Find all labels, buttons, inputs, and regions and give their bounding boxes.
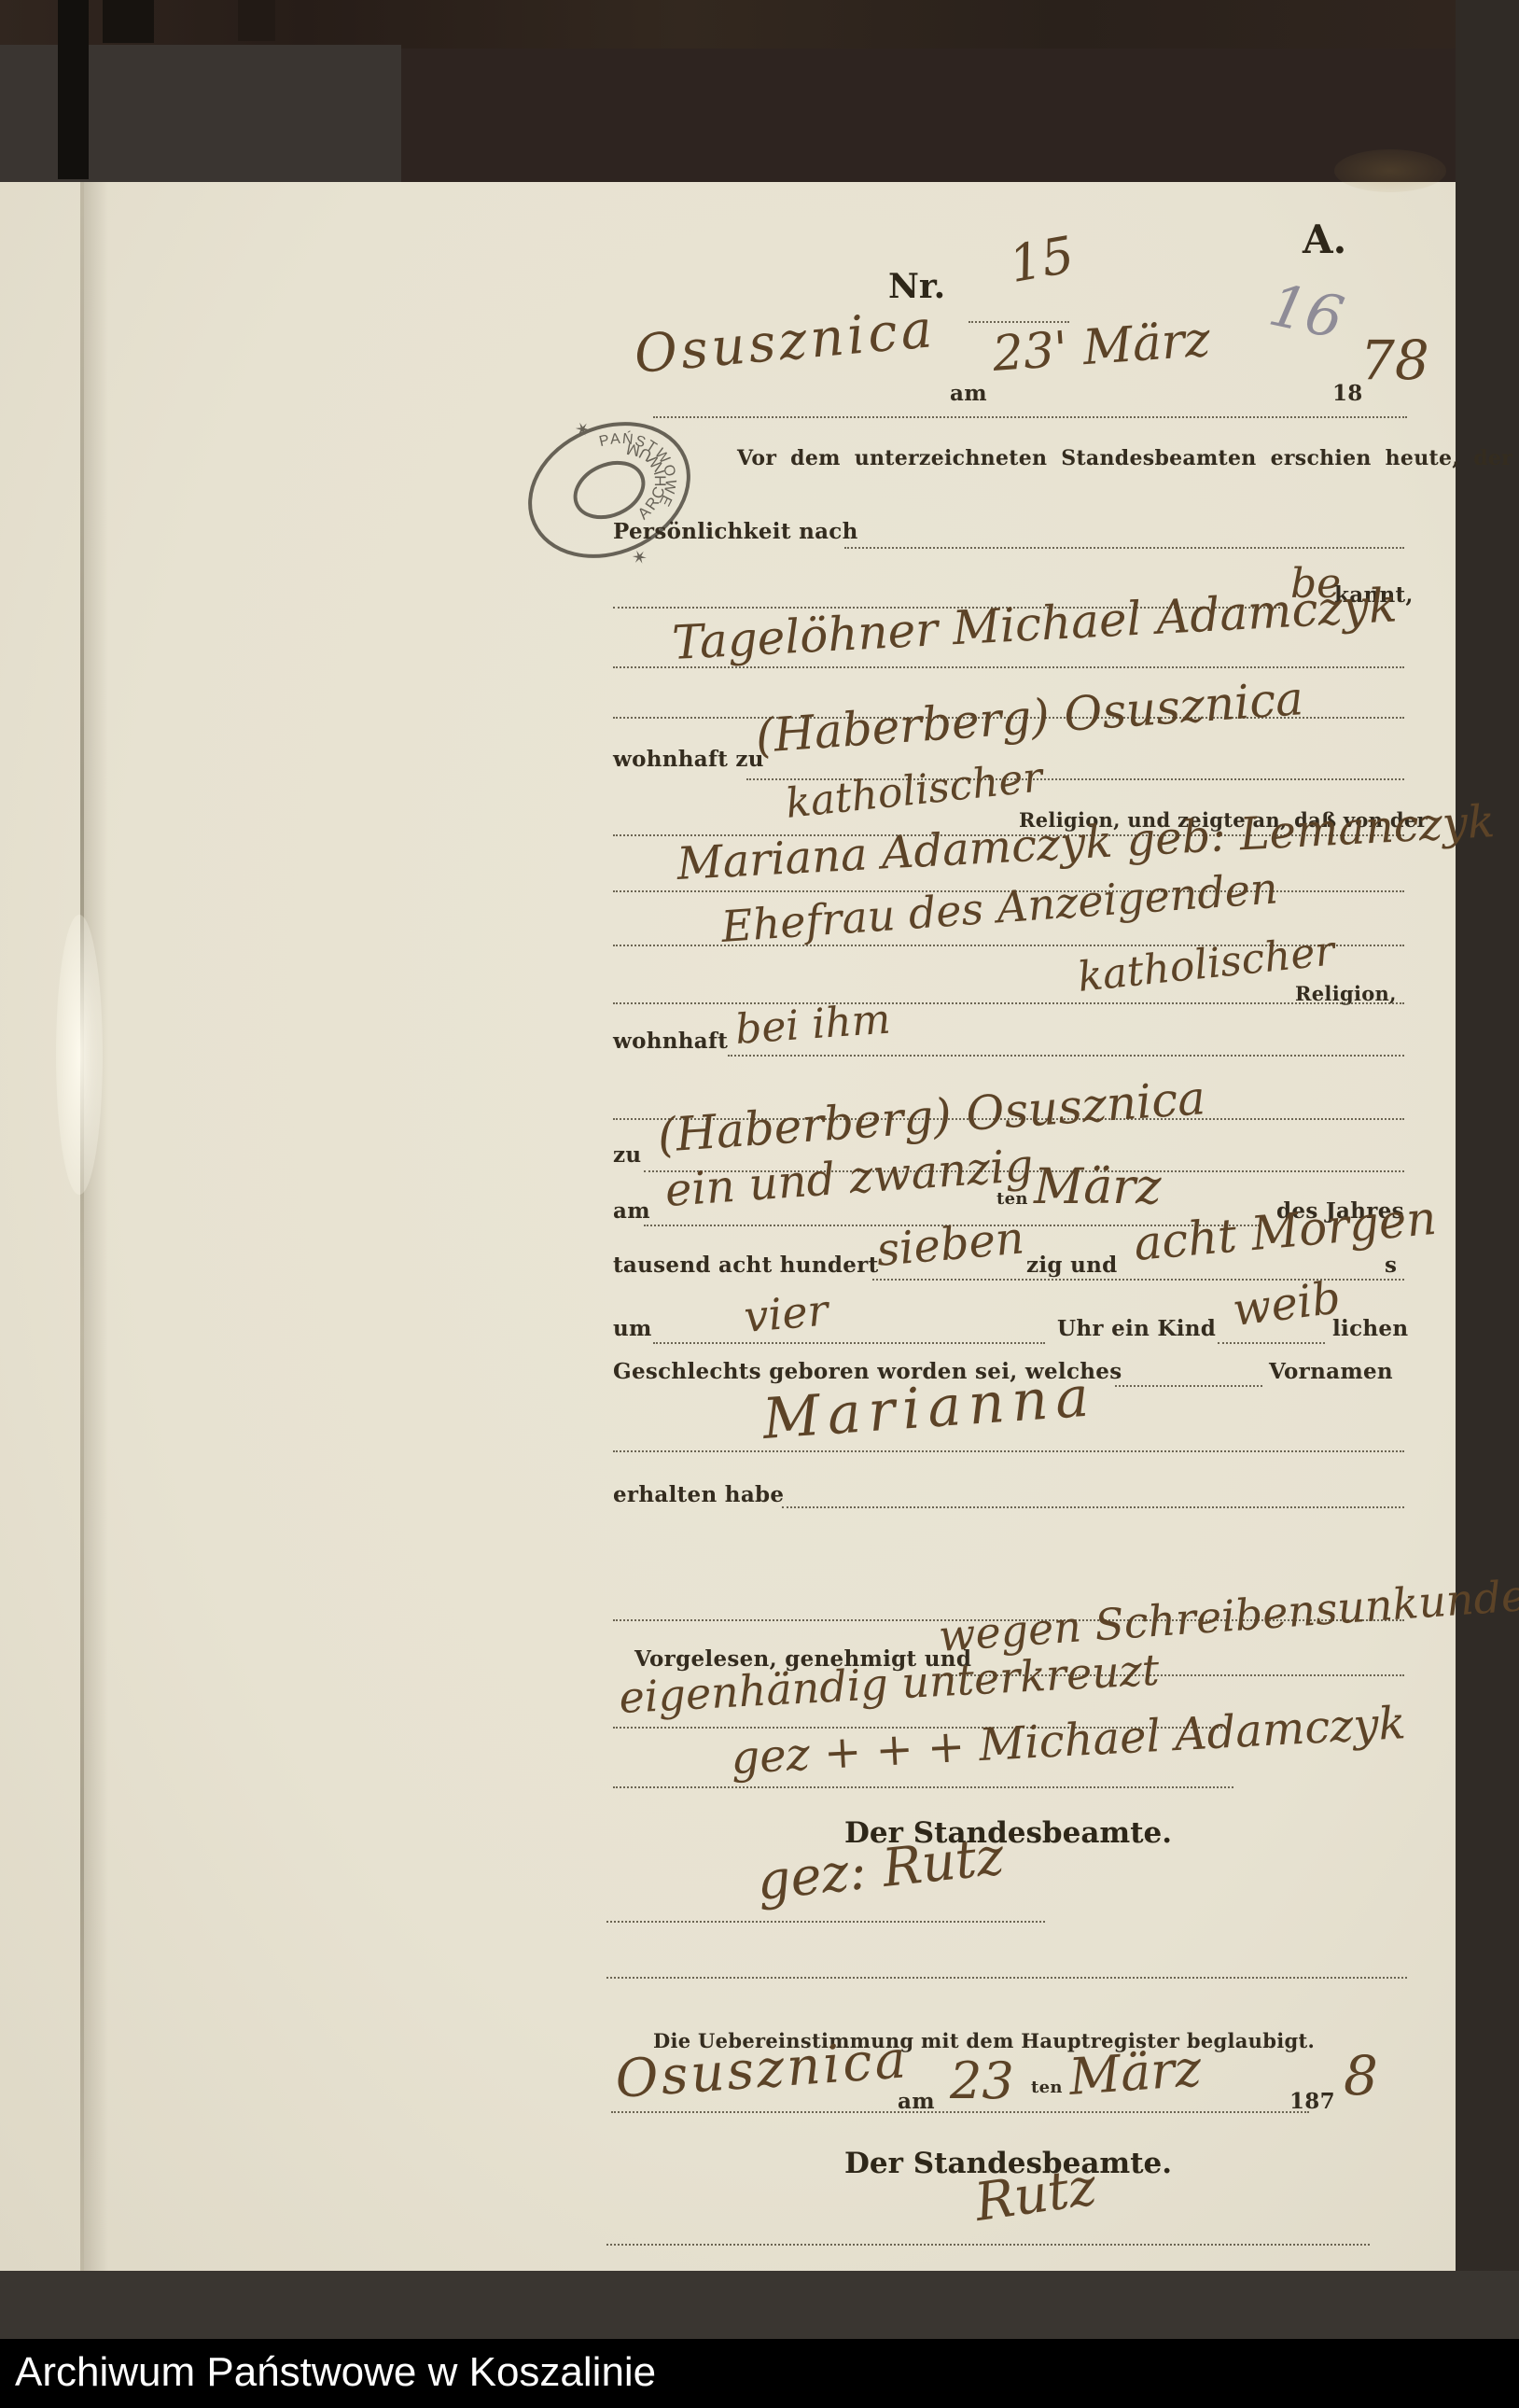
- birth-month-hand: März: [1034, 1159, 1162, 1215]
- archive-caption-text: Archiwum Państwowe w Koszalinie: [0, 2339, 1519, 2406]
- lichen-label: lichen: [1332, 1316, 1408, 1341]
- intro-sentence: Vor dem unterzeichneten Standesbeamten e…: [737, 446, 1512, 470]
- photo-backdrop-right: [1456, 0, 1519, 2339]
- certification-month: März: [1067, 2038, 1204, 2107]
- book-cover-texture: [0, 0, 1519, 49]
- cover-slot: [103, 0, 154, 43]
- certification-day: 23: [950, 2051, 1014, 2110]
- am-label: am: [613, 1198, 650, 1224]
- zu-label: zu: [613, 1142, 641, 1168]
- wohnhaft-zu-label: wohnhaft zu: [613, 747, 764, 772]
- archive-oval-stamp: ARCHIWUM PAŃSTWOWE ✶ ✶: [497, 378, 721, 602]
- persoenlichkeit-label: Persönlichkeit nach: [613, 519, 858, 544]
- dateline-am-label: am: [950, 381, 987, 406]
- dateline-year-hand: 78: [1360, 329, 1429, 392]
- erhalten-habe-label: erhalten habe: [613, 1482, 784, 1507]
- s-suffix: s: [1385, 1253, 1397, 1278]
- certification-am-label: am: [898, 2089, 935, 2114]
- page-gutter-shade: [84, 182, 108, 2276]
- ten-suffix: ten: [996, 1189, 1028, 1209]
- certification-year-hand: 8: [1344, 2044, 1378, 2107]
- record-number-value: 15: [1005, 225, 1079, 294]
- zig-und-label: zig und: [1026, 1253, 1118, 1278]
- paper-stain: [1334, 149, 1446, 192]
- photo-backdrop-bottom: [0, 2271, 1519, 2339]
- birth-hour-hand: vier: [742, 1284, 829, 1342]
- um-label: um: [613, 1316, 652, 1341]
- uhr-ein-kind-label: Uhr ein Kind: [1057, 1316, 1216, 1341]
- certification-year-printed: 187: [1289, 2089, 1335, 2114]
- dateline-year-printed: 18: [1332, 381, 1363, 406]
- wohnhaft-label: wohnhaft: [613, 1029, 728, 1054]
- tausend-label: tausend acht hundert: [613, 1253, 879, 1278]
- archive-caption-bar: Archiwum Państwowe w Koszalinie: [0, 2339, 1519, 2408]
- cover-slot: [238, 0, 275, 41]
- binding-tear: [56, 915, 103, 1195]
- certification-ten-suffix: ten: [1031, 2078, 1063, 2097]
- vornamen-label: Vornamen: [1269, 1359, 1393, 1384]
- corner-letter: A.: [1303, 217, 1346, 262]
- binding-gutter-shadow: [58, 0, 89, 179]
